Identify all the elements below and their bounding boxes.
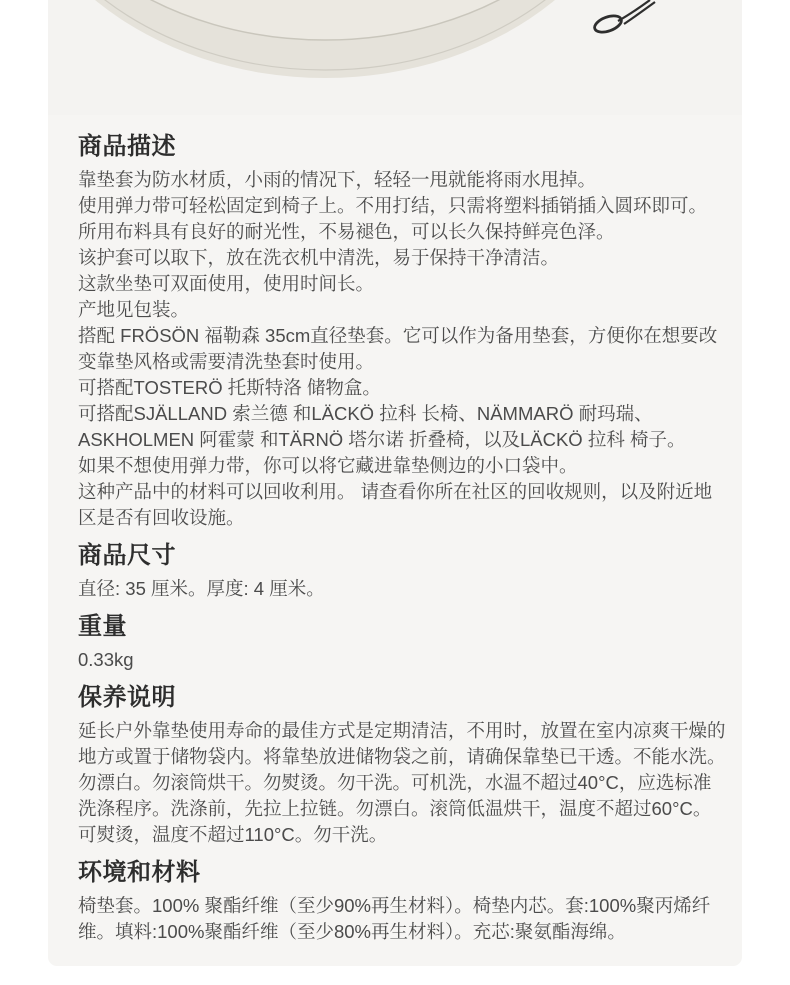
text-line: 可搭配TOSTERÖ 托斯特洛 储物盒。 — [78, 375, 726, 401]
section-heading-description: 商品描述 — [78, 132, 726, 162]
text-line: 这款坐垫可双面使用，使用时间长。 — [78, 271, 726, 297]
section-dimensions: 商品尺寸 直径: 35 厘米。厚度: 4 厘米。 — [78, 541, 726, 602]
text-line: 如果不想使用弹力带，你可以将它藏进靠垫侧边的小口袋中。 — [78, 453, 726, 479]
text-line: 直径: 35 厘米。厚度: 4 厘米。 — [78, 576, 726, 602]
section-body-weight: 0.33kg — [78, 647, 726, 673]
section-description: 商品描述 靠垫套为防水材质，小雨的情况下，轻轻一甩就能将雨水甩掉。使用弹力带可轻… — [78, 132, 726, 531]
section-body-description: 靠垫套为防水材质，小雨的情况下，轻轻一甩就能将雨水甩掉。使用弹力带可轻松固定到椅… — [78, 167, 726, 531]
text-line: 使用弹力带可轻松固定到椅子上。不用打结，只需将塑料插销插入圆环即可。 — [78, 193, 726, 219]
section-heading-care: 保养说明 — [78, 683, 726, 713]
product-info-content: 商品描述 靠垫套为防水材质，小雨的情况下，轻轻一甩就能将雨水甩掉。使用弹力带可轻… — [48, 132, 742, 945]
text-line: 靠垫套为防水材质，小雨的情况下，轻轻一甩就能将雨水甩掉。 — [78, 167, 726, 193]
text-line: 椅垫套。100% 聚酯纤维（至少90%再生材料）。椅垫内芯。套:100%聚丙烯纤… — [78, 893, 726, 945]
section-heading-dimensions: 商品尺寸 — [78, 541, 726, 571]
text-line: 搭配 FRÖSÖN 福勒森 35cm直径垫套。它可以作为备用垫套，方便你在想要改… — [78, 323, 726, 375]
section-body-care: 延长户外靠垫使用寿命的最佳方式是定期清洁，不用时，放置在室内凉爽干燥的地方或置于… — [78, 718, 726, 848]
text-line: 可搭配SJÄLLAND 索兰德 和LÄCKÖ 拉科 长椅、NÄMMARÖ 耐玛瑞… — [78, 401, 726, 453]
section-heading-materials: 环境和材料 — [78, 858, 726, 888]
section-materials: 环境和材料 椅垫套。100% 聚酯纤维（至少90%再生材料）。椅垫内芯。套:10… — [78, 858, 726, 945]
text-line: 产地见包装。 — [78, 297, 726, 323]
section-weight: 重量 0.33kg — [78, 612, 726, 673]
section-heading-weight: 重量 — [78, 612, 726, 642]
product-detail-card: 商品描述 靠垫套为防水材质，小雨的情况下，轻轻一甩就能将雨水甩掉。使用弹力带可轻… — [48, 0, 742, 966]
text-line: 所用布料具有良好的耐光性，不易褪色，可以长久保持鲜亮色泽。 — [78, 219, 726, 245]
text-line: 该护套可以取下，放在洗衣机中清洗，易于保持干净清洁。 — [78, 245, 726, 271]
text-line: 0.33kg — [78, 647, 726, 673]
section-body-dimensions: 直径: 35 厘米。厚度: 4 厘米。 — [78, 576, 726, 602]
text-line: 延长户外靠垫使用寿命的最佳方式是定期清洁，不用时，放置在室内凉爽干燥的地方或置于… — [78, 718, 726, 848]
text-line: 这种产品中的材料可以回收利用。 请查看你所在社区的回收规则，以及附近地区是否有回… — [78, 479, 726, 531]
section-care: 保养说明 延长户外靠垫使用寿命的最佳方式是定期清洁，不用时，放置在室内凉爽干燥的… — [78, 683, 726, 848]
section-body-materials: 椅垫套。100% 聚酯纤维（至少90%再生材料）。椅垫内芯。套:100%聚丙烯纤… — [78, 893, 726, 945]
product-photo — [48, 0, 742, 115]
